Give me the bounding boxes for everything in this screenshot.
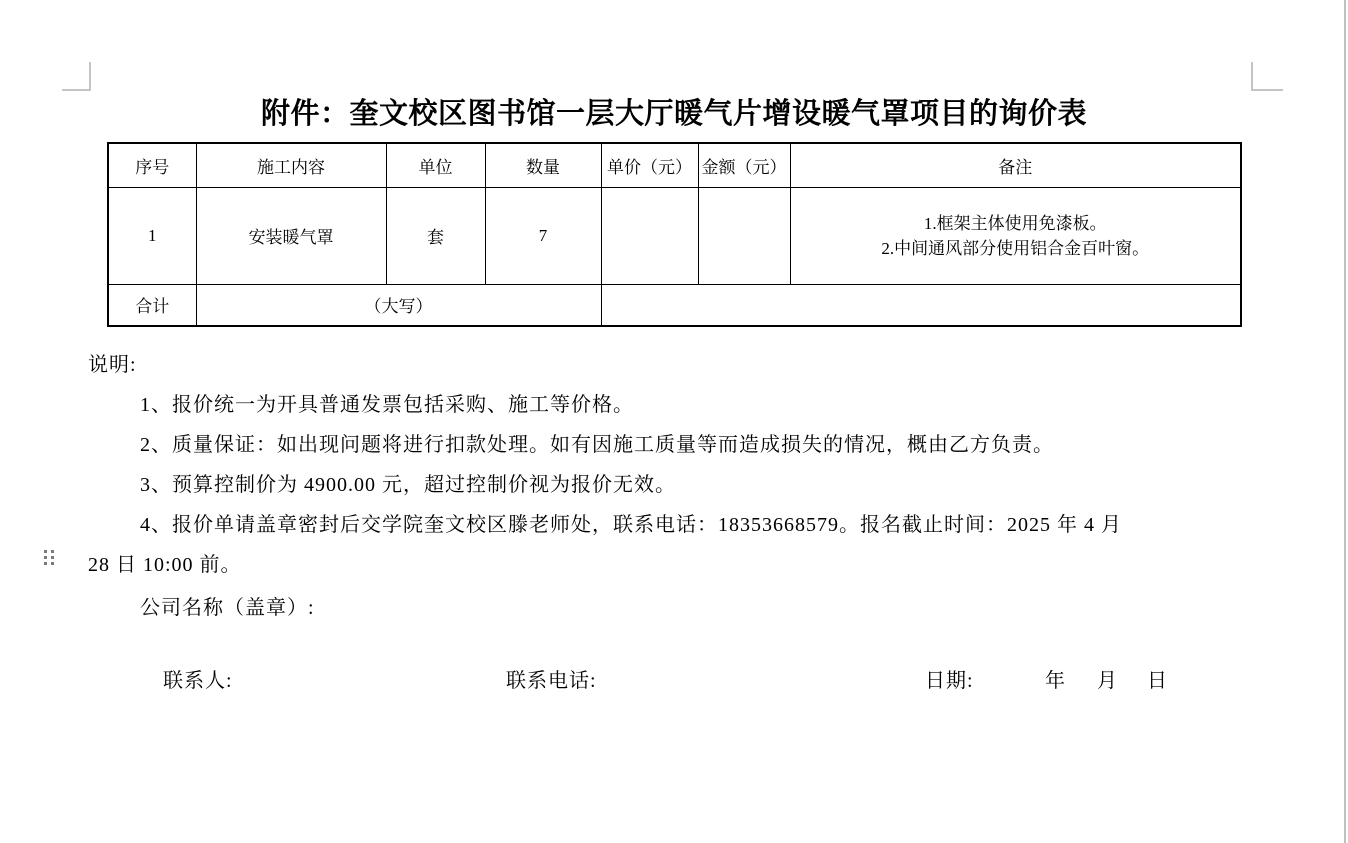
document-title: 附件：奎文校区图书馆一层大厅暖气片增设暖气罩项目的询价表 [0,91,1348,132]
cell-total-blank [601,284,1241,326]
note-item-4: 4、报价单请盖章密封后交学院奎文校区滕老师处，联系电话：18353668579。… [140,514,1122,536]
header-unit-price: 单价（元） [601,143,698,187]
table-total-row: 合计 （大写） [108,284,1241,326]
drag-handle-icon[interactable] [44,550,55,567]
note-item-4-wrap: 28 日 10:00 前。 [88,554,242,576]
cell-seq: 1 [108,187,196,284]
margin-mark-top-left [89,62,91,91]
note-item-2: 2、质量保证：如出现问题将进行扣款处理。如有因施工质量等而造成损失的情况，概由乙… [140,434,1054,456]
remark-line-2: 2.中间通风部分使用铝合金百叶窗。 [791,236,1241,261]
cell-unit: 套 [386,187,485,284]
contact-phone-label: 联系电话: [506,664,597,693]
company-name-label: 公司名称（盖章）: [140,597,315,619]
day-label: 日 [1147,664,1168,693]
header-unit: 单位 [386,143,485,187]
header-amount: 金额（元） [698,143,790,187]
contact-person-label: 联系人: [163,664,233,693]
note-item-1: 1、报价统一为开具普通发票包括采购、施工等价格。 [140,394,634,416]
cell-total-label: 合计 [108,284,196,326]
margin-mark-top-right [1251,62,1253,91]
document-page: 附件：奎文校区图书馆一层大厅暖气片增设暖气罩项目的询价表 序号 施工内容 单位 … [0,0,1348,843]
month-label: 月 [1097,664,1118,693]
date-label: 日期: [925,664,974,693]
header-qty: 数量 [485,143,601,187]
table-header-row: 序号 施工内容 单位 数量 单价（元） 金额（元） 备注 [108,143,1241,187]
remark-line-1: 1.框架主体使用免漆板。 [791,211,1241,236]
year-label: 年 [1045,664,1066,693]
cell-remark: 1.框架主体使用免漆板。 2.中间通风部分使用铝合金百叶窗。 [790,187,1241,284]
cell-content: 安装暖气罩 [196,187,386,284]
contact-line: 联系人: 联系电话: 日期: 年 月 日 [0,664,1348,688]
inquiry-table: 序号 施工内容 单位 数量 单价（元） 金额（元） 备注 1 安装暖气罩 套 7… [107,142,1242,327]
cell-total-caps: （大写） [196,284,601,326]
header-remark: 备注 [790,143,1241,187]
header-content: 施工内容 [196,143,386,187]
cell-qty: 7 [485,187,601,284]
cell-unit-price [601,187,698,284]
notes-heading: 说明: [88,354,137,376]
cell-amount [698,187,790,284]
note-item-3: 3、预算控制价为 4900.00 元，超过控制价视为报价无效。 [140,474,676,496]
table-row: 1 安装暖气罩 套 7 1.框架主体使用免漆板。 2.中间通风部分使用铝合金百叶… [108,187,1241,284]
header-seq: 序号 [108,143,196,187]
